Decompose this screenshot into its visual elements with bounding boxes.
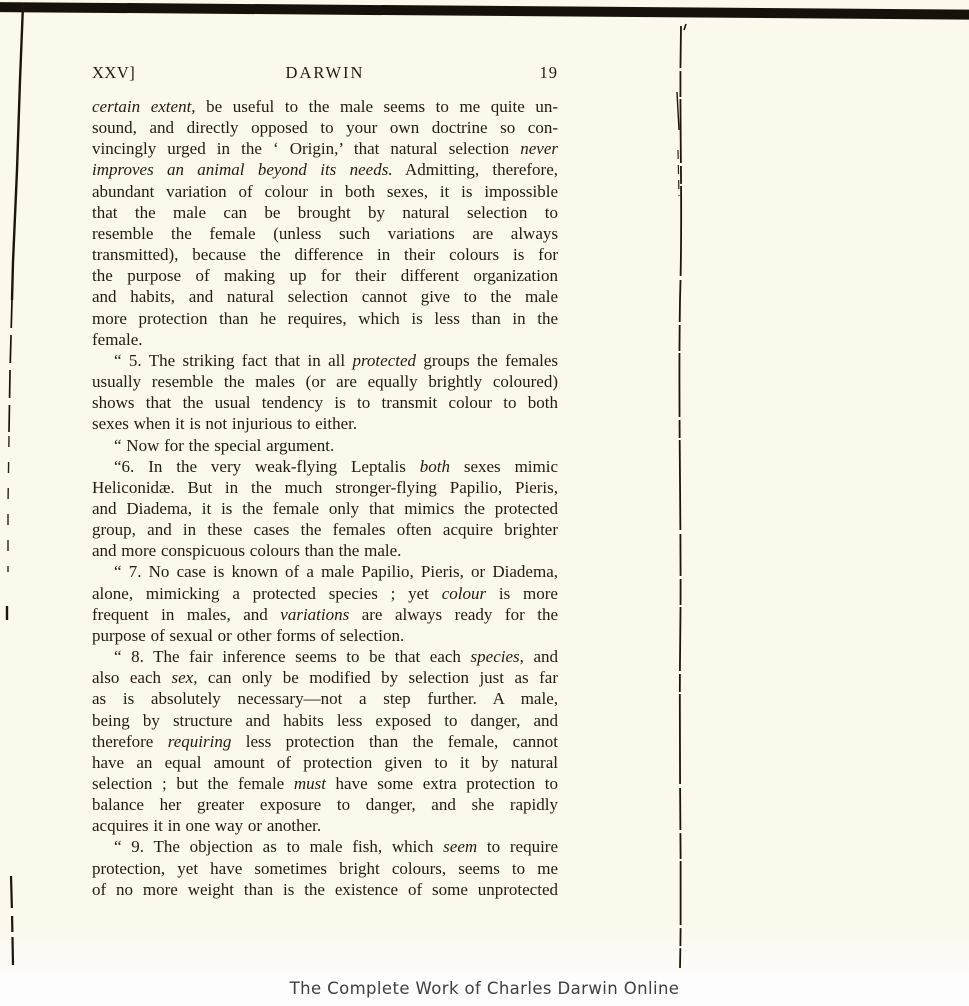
text-line: group, and in these cases the females of… — [92, 519, 558, 540]
text-line: abundant variation of colour in both sex… — [92, 181, 558, 202]
text-line: frequent in males, and variations are al… — [92, 604, 558, 625]
text-line: also each sex, can only be modified by s… — [92, 667, 558, 688]
text-line: female. — [92, 329, 558, 350]
text-line: the purpose of making up for their diffe… — [92, 265, 558, 286]
text-line: “ 9. The objection as to male fish, whic… — [92, 836, 558, 857]
text-line: being by structure and habits less expos… — [92, 710, 558, 731]
text-line: “ 8. The fair inference seems to be that… — [92, 646, 558, 667]
text-line: alone, mimicking a protected species ; y… — [92, 583, 558, 604]
text-line: and Diadema, it is the female only that … — [92, 498, 558, 519]
text-line: “6. In the very weak-flying Leptalis bot… — [92, 456, 558, 477]
text-line: acquires it in one way or another. — [92, 815, 558, 836]
text-line: therefore requiring less protection than… — [92, 731, 558, 752]
scanned-book-page: XXV] DARWIN 19 certain extent, be useful… — [0, 0, 969, 1006]
footer-caption: The Complete Work of Charles Darwin Onli… — [0, 979, 969, 998]
text-line: shows that the usual tendency is to tran… — [92, 392, 558, 413]
text-line: purpose of sexual or other forms of sele… — [92, 625, 558, 646]
text-line: usually resemble the males (or are equal… — [92, 371, 558, 392]
text-line: sexes when it is not injurious to either… — [92, 413, 558, 434]
text-block: certain extent, be useful to the male se… — [92, 96, 558, 900]
text-line: that the male can be brought by natural … — [92, 202, 558, 223]
text-line: vincingly urged in the ‘ Origin,’ that n… — [92, 138, 558, 159]
text-line: Heliconidæ. But in the much stronger-fly… — [92, 477, 558, 498]
text-line: protection, yet have sometimes bright co… — [92, 858, 558, 879]
text-line: and habits, and natural selection cannot… — [92, 286, 558, 307]
text-line: “ 5. The striking fact that in all prote… — [92, 350, 558, 371]
text-line: “ 7. No case is known of a male Papilio,… — [92, 561, 558, 582]
text-line: sound, and directly opposed to your own … — [92, 117, 558, 138]
text-line: have an equal amount of protection given… — [92, 752, 558, 773]
text-line: of no more weight than is the existence … — [92, 879, 558, 900]
text-line: certain extent, be useful to the male se… — [92, 96, 558, 117]
text-line: transmitted), because the difference in … — [92, 244, 558, 265]
text-line: resemble the female (unless such variati… — [92, 223, 558, 244]
text-line: improves an animal beyond its needs. Adm… — [92, 159, 558, 180]
running-head: XXV] DARWIN 19 — [92, 63, 558, 83]
text-line: selection ; but the female must have som… — [92, 773, 558, 794]
page-title: DARWIN — [92, 63, 558, 83]
text-line: balance her greater exposure to danger, … — [92, 794, 558, 815]
text-line: “ Now for the special argument. — [92, 435, 558, 456]
text-line: as is absolutely necessary—not a step fu… — [92, 688, 558, 709]
text-line: and more conspicuous colours than the ma… — [92, 540, 558, 561]
text-line: more protection than he requires, which … — [92, 308, 558, 329]
